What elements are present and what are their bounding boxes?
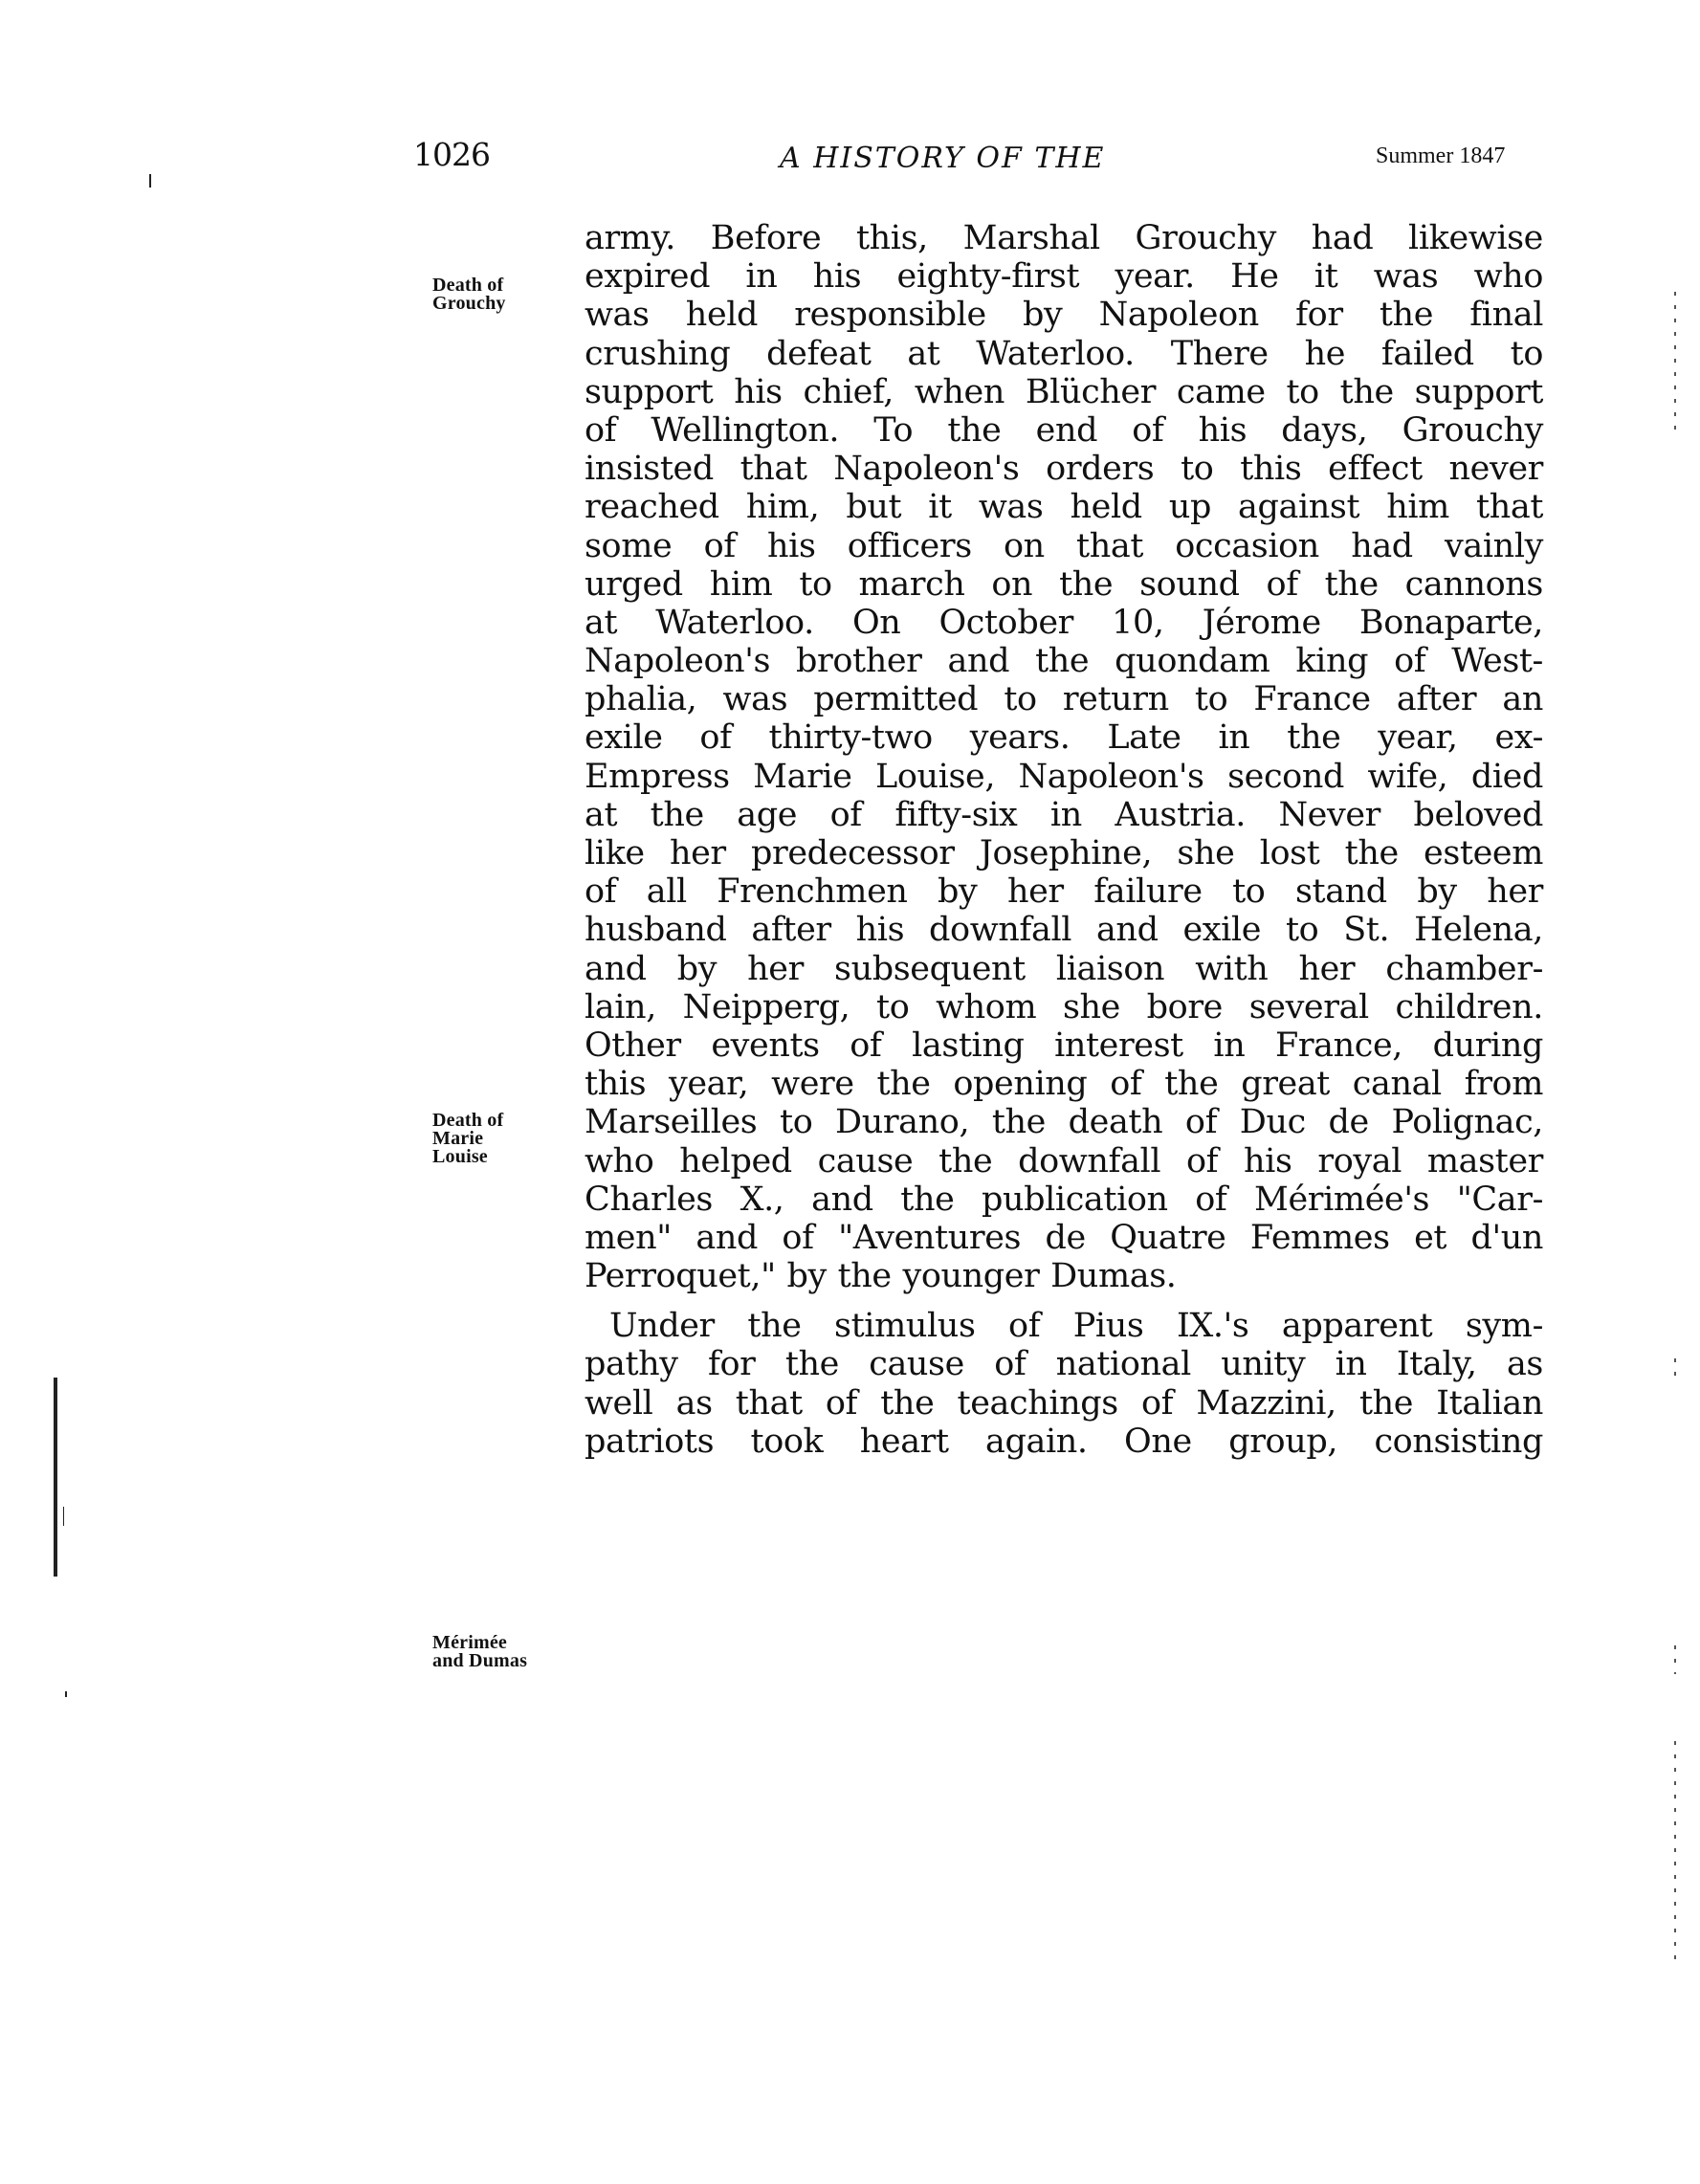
scan-artifact-edge-bar — [54, 1378, 57, 1577]
text-line: Other events of lasting interest in Fran… — [585, 1026, 1543, 1065]
scan-artifact-right-dots — [1674, 1358, 1676, 1378]
scan-artifact-right-dots — [1674, 292, 1676, 430]
side-note-death-of-grouchy: Death of Grouchy — [432, 276, 506, 313]
text-line: patriots took heart again. One group, co… — [585, 1423, 1543, 1461]
text-line: army. Before this, Marshal Grouchy had l… — [585, 219, 1543, 257]
text-line: exile of thirty-two years. Late in the y… — [585, 718, 1543, 757]
text-line: at Waterloo. On October 10, Jérome Bonap… — [585, 604, 1543, 642]
text-line: men" and of "Aventures de Quatre Femmes … — [585, 1219, 1543, 1257]
page-header: 1026 A HISTORY OF THE Summer 1847 — [0, 134, 1700, 182]
text-line: of all Frenchmen by her failure to stand… — [585, 872, 1543, 911]
text-line: at the age of fifty-six in Austria. Neve… — [585, 796, 1543, 834]
running-title: A HISTORY OF THE — [780, 142, 1105, 175]
paragraph-2: Under the stimulus of Pius IX.'s apparen… — [585, 1307, 1543, 1461]
text-line: of Wellington. To the end of his days, G… — [585, 411, 1543, 450]
side-note-line: Grouchy — [432, 295, 506, 313]
scan-artifact-right-dots — [1674, 1741, 1676, 1961]
text-line: phalia, was permitted to return to Franc… — [585, 680, 1543, 718]
text-line: husband after his downfall and exile to … — [585, 911, 1543, 949]
text-line: who helped cause the downfall of his roy… — [585, 1142, 1543, 1180]
scan-artifact-right-dots — [1674, 1645, 1676, 1674]
text-line: expired in his eighty-first year. He it … — [585, 257, 1543, 296]
text-line: this year, were the opening of the great… — [585, 1065, 1543, 1103]
side-note-death-of-marie-louise: Death of Marie Louise — [432, 1112, 503, 1166]
text-line: insisted that Napoleon's orders to this … — [585, 450, 1543, 488]
scan-artifact-dot — [65, 1691, 67, 1697]
paragraph-gap — [585, 1295, 1543, 1307]
text-line: urged him to march on the sound of the c… — [585, 565, 1543, 604]
scan-artifact-edge-tick — [63, 1507, 64, 1526]
text-line: was held responsible by Napoleon for the… — [585, 296, 1543, 334]
body-text: army. Before this, Marshal Grouchy had l… — [585, 219, 1543, 1461]
text-line: pathy for the cause of national unity in… — [585, 1345, 1543, 1383]
text-line: Empress Marie Louise, Napoleon's second … — [585, 758, 1543, 796]
running-date: Summer 1847 — [1376, 143, 1505, 169]
text-line: crushing defeat at Waterloo. There he fa… — [585, 335, 1543, 373]
scan-artifact-tick — [149, 174, 151, 188]
text-line: Perroquet," by the younger Dumas. — [585, 1257, 1543, 1295]
text-line: lain, Neipperg, to whom she bore several… — [585, 988, 1543, 1026]
text-line: well as that of the teachings of Mazzini… — [585, 1384, 1543, 1423]
text-line: support his chief, when Blücher came to … — [585, 373, 1543, 411]
page-number: 1026 — [413, 136, 490, 173]
side-note-line: and Dumas — [432, 1652, 527, 1670]
text-line: Under the stimulus of Pius IX.'s apparen… — [585, 1307, 1543, 1345]
text-line: some of his officers on that occasion ha… — [585, 527, 1543, 565]
text-line: like her predecessor Josephine, she lost… — [585, 834, 1543, 872]
text-line: Charles X., and the publication of Mérim… — [585, 1180, 1543, 1219]
text-line: and by her subsequent liaison with her c… — [585, 950, 1543, 988]
text-line: Napoleon's brother and the quondam king … — [585, 642, 1543, 680]
text-line: reached him, but it was held up against … — [585, 488, 1543, 526]
text-line: Marseilles to Durano, the death of Duc d… — [585, 1103, 1543, 1141]
side-note-merimee-and-dumas: Mérimée and Dumas — [432, 1634, 527, 1670]
paragraph-1: army. Before this, Marshal Grouchy had l… — [585, 219, 1543, 1295]
side-note-line: Louise — [432, 1148, 503, 1166]
